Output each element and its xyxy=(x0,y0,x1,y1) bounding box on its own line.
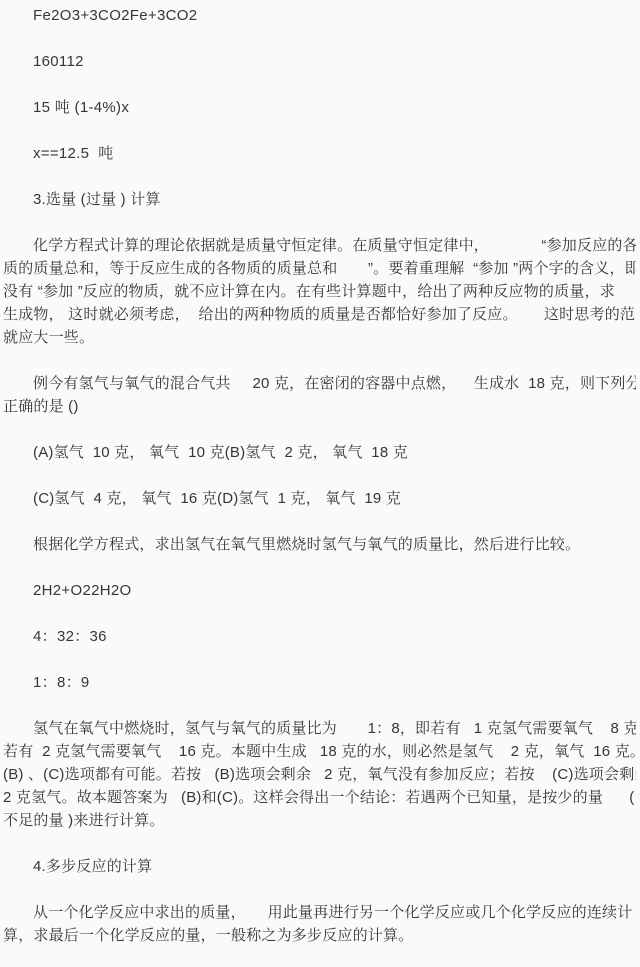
section-heading-4: 4.多步反应的计算 xyxy=(3,855,636,878)
water-equation-line: 2H2+O22H2O xyxy=(3,579,636,602)
option-line-c-d: (C)氢气 4 克， 氧气 16 克(D)氢气 1 克， 氧气 19 克 xyxy=(3,487,636,510)
solution-result-line: x==12.5 吨 xyxy=(3,142,636,165)
example-question-paragraph: 例今有氢气与氧气的混合气共 20 克，在密闭的容器中点燃， 生成水 18 克，则… xyxy=(3,372,636,418)
section-heading-3: 3.选量 (过量 ) 计算 xyxy=(3,188,636,211)
theory-paragraph: 化学方程式计算的理论依据就是质量守恒定律。在质量守恒定律中， “参加反应的各物 … xyxy=(3,234,636,349)
method-hint-paragraph: 根据化学方程式，求出氢气在氧气里燃烧时氢气与氧气的质量比，然后进行比较。 xyxy=(3,533,636,556)
option-line-a-b: (A)氢气 10 克， 氧气 10 克(B)氢气 2 克， 氧气 18 克 xyxy=(3,441,636,464)
document-page: Fe2O3+3CO2Fe+3CO2 160112 15 吨 (1-4%)x x=… xyxy=(0,0,640,967)
given-quantity-line: 15 吨 (1-4%)x xyxy=(3,96,636,119)
simplified-ratio-line: 1：8：9 xyxy=(3,671,636,694)
analysis-paragraph: 氢气在氧气中燃烧时，氢气与氧气的质量比为 1：8，即若有 1 克氢气需要氧气 8… xyxy=(3,717,636,832)
mass-ratio-line: 4：32：36 xyxy=(3,625,636,648)
molar-mass-line: 160112 xyxy=(3,50,636,73)
multistep-paragraph: 从一个化学反应中求出的质量， 用此量再进行另一个化学反应或几个化学反应的连续计 … xyxy=(3,901,636,947)
chemical-equation-line: Fe2O3+3CO2Fe+3CO2 xyxy=(3,4,636,27)
